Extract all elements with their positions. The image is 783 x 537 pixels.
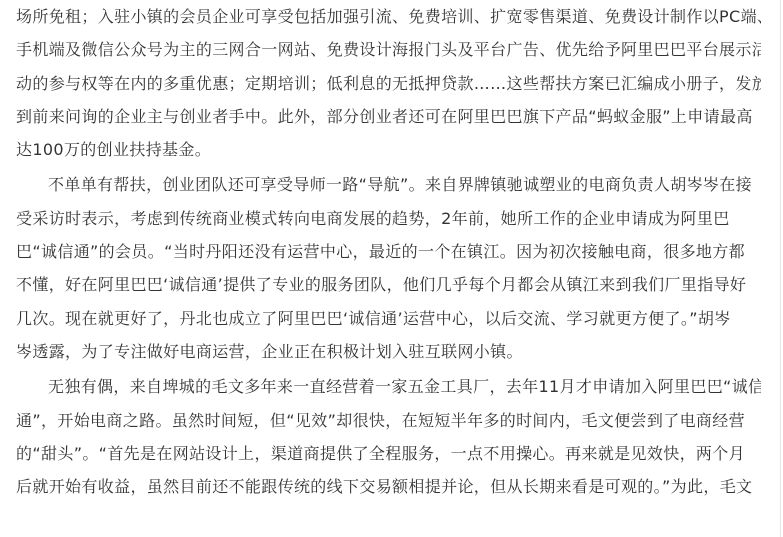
text-line: 巴“诚信通”的会员。“当时丹阳还没有运营中心，最近的一个在镇江。因为初次接触电商… — [16, 235, 761, 268]
text-line: 几次。现在就更好了，丹北也成立了阿里巴巴‘诚信通’运营中心，以后交流、学习就更方… — [16, 302, 761, 335]
text-line: 手机端及微信公众号为主的三网合一网站、免费设计海报门头及平台广告、优先给予阿里巴… — [16, 33, 761, 66]
text-line: 无独有偶，来自埤城的毛文多年来一直经营着一家五金工具厂，去年11月才申请加入阿里… — [16, 370, 761, 403]
text-line: 不懂，好在阿里巴巴‘诚信通’提供了专业的服务团队，他们几乎每个月都会从镇江来到我… — [16, 268, 761, 301]
paragraph-mao-wen-story: 无独有偶，来自埤城的毛文多年来一直经营着一家五金工具厂，去年11月才申请加入阿里… — [16, 370, 761, 503]
text-line: 动的参与权等在内的多重优惠；定期培训；低利息的无抵押贷款……这些帮扶方案已汇编成… — [16, 67, 761, 100]
text-line: 通”，开始电商之路。虽然时间短，但“见效”却很快，在短短半年多的时间内，毛文便尝… — [16, 404, 761, 437]
text-line: 达100万的创业扶持基金。 — [16, 133, 761, 166]
text-line: 受采访时表示，考虑到传统商业模式转向电商发展的趋势，2年前，她所工作的企业申请成… — [16, 202, 761, 235]
text-line: 岑透露，为了专注做好电商运营，企业正在积极计划入驻互联网小镇。 — [16, 335, 761, 368]
text-line: 的“甜头”。“首先是在网站设计上，渠道商提供了全程服务，一点不用操心。再来就是见… — [16, 437, 761, 470]
paragraph-mentor-guidance: 不单单有帮扶，创业团队还可享受导师一路“导航”。来自界牌镇驰诚塑业的电商负责人胡… — [16, 168, 761, 368]
column-divider — [780, 0, 781, 537]
text-line: 到前来问询的企业主与创业者手中。此外，部分创业者还可在阿里巴巴旗下产品“蚂蚁金服… — [16, 100, 761, 133]
article-body: 场所免租；入驻小镇的会员企业可享受包括加强引流、免费培训、扩宽零售渠道、免费设计… — [16, 0, 761, 503]
text-line: 后就开始有收益，虽然目前还不能跟传统的线下交易额相提并论，但从长期来看是可观的。… — [16, 470, 761, 503]
paragraph-support-policies: 场所免租；入驻小镇的会员企业可享受包括加强引流、免费培训、扩宽零售渠道、免费设计… — [16, 0, 761, 166]
text-line: 场所免租；入驻小镇的会员企业可享受包括加强引流、免费培训、扩宽零售渠道、免费设计… — [16, 0, 761, 33]
text-line: 不单单有帮扶，创业团队还可享受导师一路“导航”。来自界牌镇驰诚塑业的电商负责人胡… — [16, 168, 761, 201]
